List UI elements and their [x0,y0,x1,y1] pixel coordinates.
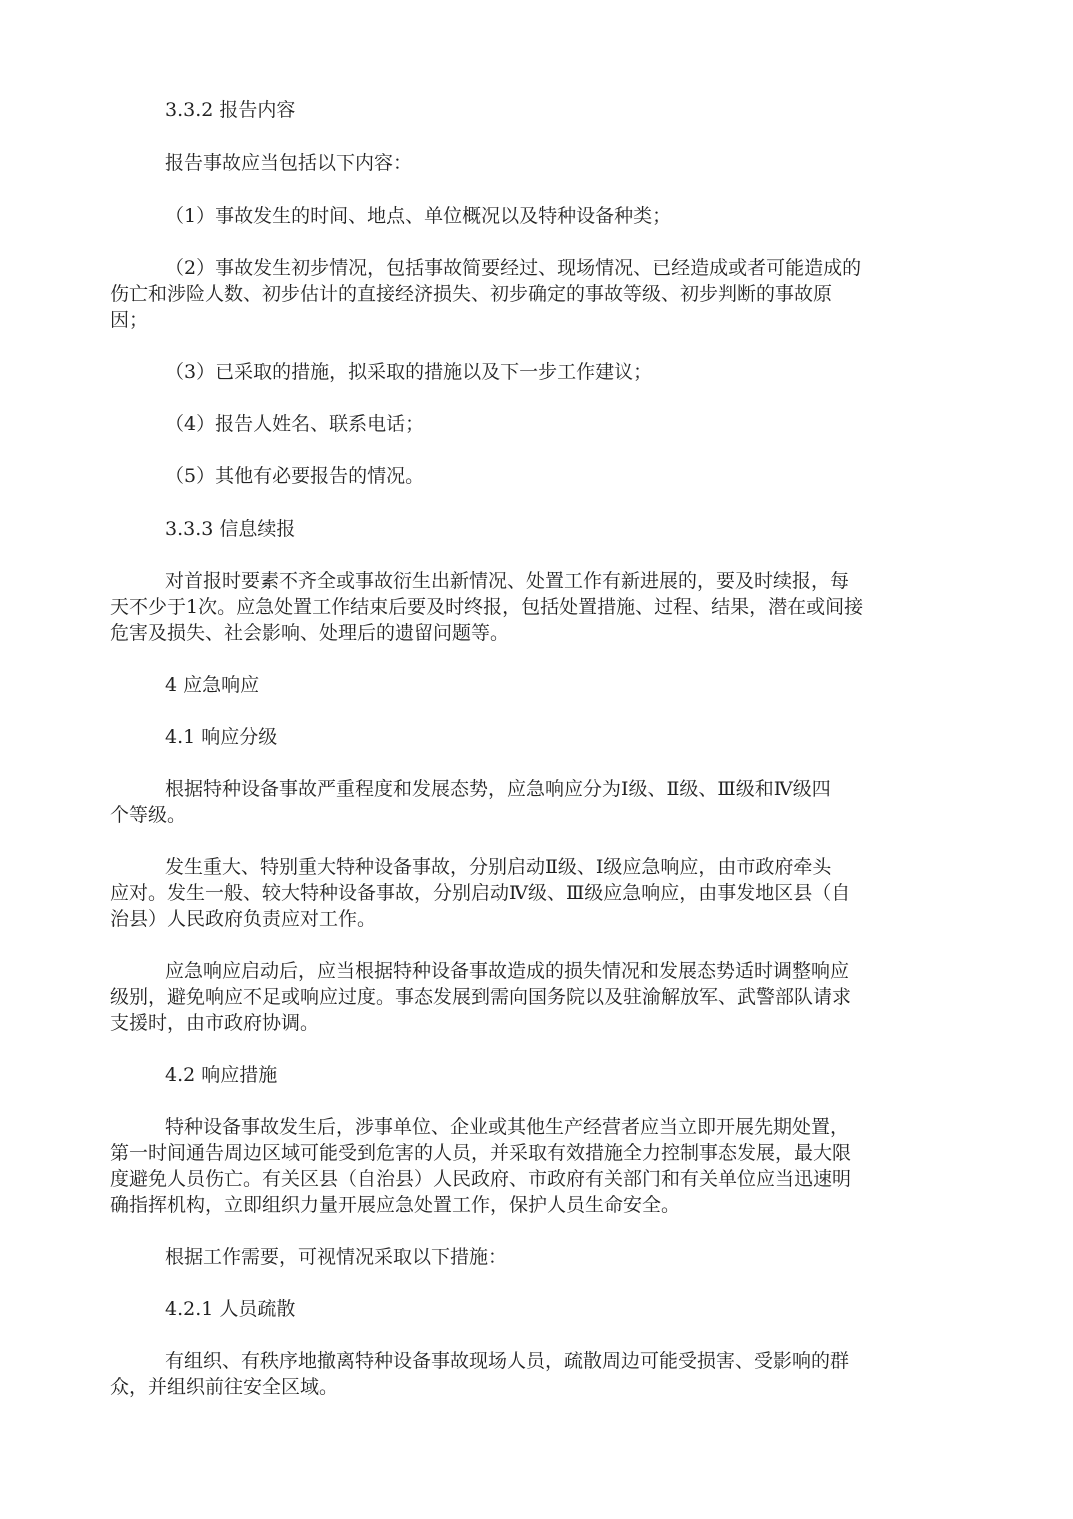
section-heading-4-1: 4.1 响应分级 [165,724,277,750]
paragraph-report-intro: 报告事故应当包括以下内容： [165,150,412,176]
list-item-3: （3）已采取的措施，拟采取的措施以及下一步工作建议； [165,359,652,385]
section-heading-4: 4 应急响应 [165,672,259,698]
paragraph-levels-line-1: 根据特种设备事故严重程度和发展态势，应急响应分为Ⅰ级、Ⅱ级、Ⅲ级和Ⅳ级四 [165,776,831,802]
section-heading-4-2-1: 4.2.1 人员疏散 [165,1296,295,1322]
list-item-4: （4）报告人姓名、联系电话； [165,411,424,437]
section-heading-3-3-2: 3.3.2 报告内容 [165,97,295,123]
paragraph-activation-line-2: 应对。发生一般、较大特种设备事故，分别启动Ⅳ级、Ⅲ级应急响应，由事发地区县（自 [110,880,850,906]
paragraph-evacuation-line-2: 众，并组织前往安全区域。 [110,1374,338,1400]
paragraph-as-needed: 根据工作需要，可视情况采取以下措施： [165,1244,507,1270]
list-item-2-line-3: 因； [110,307,148,333]
paragraph-measures-line-1: 特种设备事故发生后，涉事单位、企业或其他生产经营者应当立即开展先期处置， [165,1114,849,1140]
list-item-2-line-2: 伤亡和涉险人数、初步估计的直接经济损失、初步确定的事故等级、初步判断的事故原 [110,281,832,307]
paragraph-adjust-line-1: 应急响应启动后，应当根据特种设备事故造成的损失情况和发展态势适时调整响应 [165,958,849,984]
paragraph-activation-line-1: 发生重大、特别重大特种设备事故，分别启动Ⅱ级、Ⅰ级应急响应，由市政府牵头 [165,854,831,880]
paragraph-activation-line-3: 治县）人民政府负责应对工作。 [110,906,376,932]
list-item-1: （1）事故发生的时间、地点、单位概况以及特种设备种类； [165,203,671,229]
section-heading-4-2: 4.2 响应措施 [165,1062,277,1088]
paragraph-measures-line-2: 第一时间通告周边区域可能受到危害的人员，并采取有效措施全力控制事态发展，最大限 [110,1140,851,1166]
section-heading-3-3-3: 3.3.3 信息续报 [165,516,295,542]
paragraph-followup-line-1: 对首报时要素不齐全或事故衍生出新情况、处置工作有新进展的，要及时续报，每 [165,568,849,594]
paragraph-evacuation-line-1: 有组织、有秩序地撤离特种设备事故现场人员，疏散周边可能受损害、受影响的群 [165,1348,849,1374]
paragraph-measures-line-4: 确指挥机构，立即组织力量开展应急处置工作，保护人员生命安全。 [110,1192,680,1218]
document-page: 3.3.2 报告内容 报告事故应当包括以下内容： （1）事故发生的时间、地点、单… [0,0,1073,1519]
paragraph-levels-line-2: 个等级。 [110,802,186,828]
list-item-2-line-1: （2）事故发生初步情况，包括事故简要经过、现场情况、已经造成或者可能造成的 [165,255,861,281]
paragraph-followup-line-3: 危害及损失、社会影响、处理后的遗留问题等。 [110,620,509,646]
paragraph-adjust-line-3: 支援时，由市政府协调。 [110,1010,319,1036]
paragraph-measures-line-3: 度避免人员伤亡。有关区县（自治县）人民政府、市政府有关部门和有关单位应当迅速明 [110,1166,851,1192]
paragraph-adjust-line-2: 级别，避免响应不足或响应过度。事态发展到需向国务院以及驻渝解放军、武警部队请求 [110,984,851,1010]
paragraph-followup-line-2: 天不少于1次。应急处置工作结束后要及时终报，包括处置措施、过程、结果，潜在或间接 [110,594,863,620]
list-item-5: （5）其他有必要报告的情况。 [165,463,424,489]
